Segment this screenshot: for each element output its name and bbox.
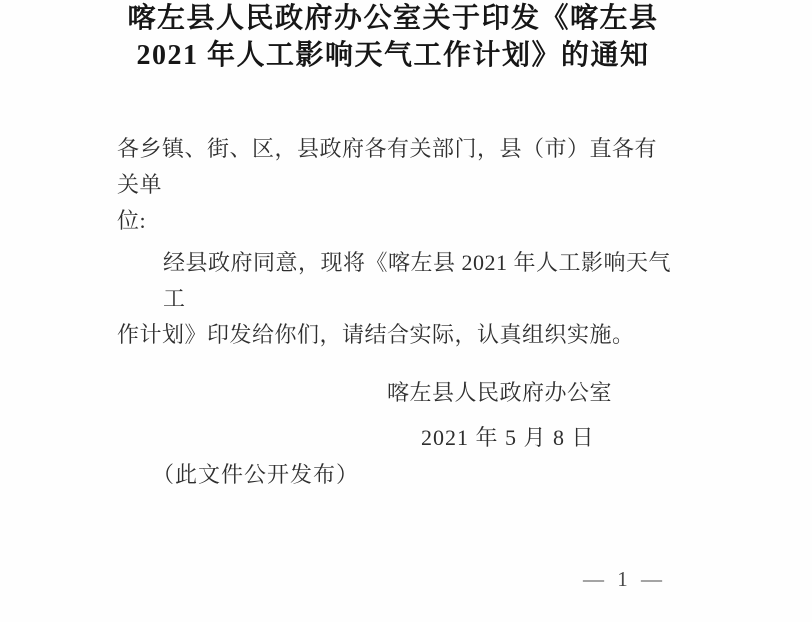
body-paragraph-line-1: 经县政府同意，现将《喀左县 2021 年人工影响天气工 [117, 245, 671, 317]
publication-note: （此文件公开发布） [152, 458, 359, 489]
document-body: 各乡镇、街、区，县政府各有关部门，县（市）直各有关单 位: 经县政府同意，现将《… [117, 131, 671, 353]
body-paragraph-line-2: 作计划》印发给你们，请结合实际，认真组织实施。 [117, 317, 671, 353]
salutation-line-1: 各乡镇、街、区，县政府各有关部门，县（市）直各有关单 [117, 131, 671, 203]
salutation-line-2: 位: [117, 203, 671, 239]
issuing-office-signature: 喀左县人民政府办公室 [387, 376, 612, 407]
document-page: 喀左县人民政府办公室关于印发《喀左县 2021 年人工影响天气工作计划》的通知 … [0, 0, 812, 622]
issue-date: 2021 年 5 月 8 日 [421, 421, 595, 452]
page-number: — 1 — [583, 567, 666, 592]
document-title-line-1: 喀左县人民政府办公室关于印发《喀左县 [110, 0, 676, 37]
document-title: 喀左县人民政府办公室关于印发《喀左县 2021 年人工影响天气工作计划》的通知 [110, 0, 676, 74]
document-title-line-2: 2021 年人工影响天气工作计划》的通知 [110, 37, 676, 74]
